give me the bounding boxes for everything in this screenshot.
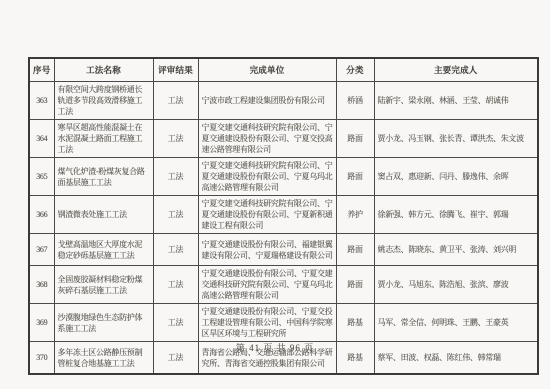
cell-unit: 宁夏交建交通科技研究院有限公司、宁夏交通建设股份有限公司、宁夏新积通建设工程有限…	[198, 196, 336, 234]
cell-people: 姚志杰、陈晓东、黄卫平、张涛、刘兴明	[374, 234, 538, 266]
cell-name: 寒旱区超高性能混凝土在水泥混凝土路面工程施工工法	[54, 120, 153, 158]
cell-category: 路基	[336, 304, 374, 342]
cell-people: 贾小龙、马旭东、陈浩旭、张滨、廖波	[374, 266, 538, 304]
cell-category: 路面	[336, 266, 374, 304]
cell-unit: 宁波市政工程建设集团股份有限公司	[198, 82, 336, 120]
cell-category: 路面	[336, 234, 374, 266]
table-row: 367戈壁高温地区大厚度水泥稳定砂砾基层施工工法工法宁夏交通建设股份有限公司、福…	[29, 234, 538, 266]
cell-unit: 宁夏交通建设股份有限公司、宁夏交投工程建设管理有限公司、中国科学院寒区旱区环境与…	[198, 304, 336, 342]
table-row: 363有限空间大跨度钢桥通长轨道多节段高效滑移施工工法工法宁波市政工程建设集团股…	[29, 82, 538, 120]
cell-people: 陆新宇、梁永刚、林涵、王莹、胡诚伟	[374, 82, 538, 120]
table-row: 366钢渣微表处施工工法工法宁夏交建交通科技研究院有限公司、宁夏交通建设股份有限…	[29, 196, 538, 234]
column-header: 主要完成人	[374, 58, 538, 82]
document-page: 序号工法名称评审结果完成单位分类主要完成人 363有限空间大跨度钢桥通长轨道多节…	[0, 0, 550, 389]
cell-no: 367	[29, 234, 54, 266]
page-number-footer: 第 41 页 共 96 页	[0, 341, 550, 354]
cell-people: 马军、常全信、何明珠、王鹏、王豪英	[374, 304, 538, 342]
cell-no: 366	[29, 196, 54, 234]
cell-unit: 宁夏交通建设股份有限公司、宁夏交建交通科技研究院有限公司、宁夏乌玛北高速公路管理…	[198, 266, 336, 304]
cell-category: 养护	[336, 196, 374, 234]
cell-category: 桥涵	[336, 82, 374, 120]
table-row: 369沙漠腹地绿色生态防护体系施工工法工法宁夏交通建设股份有限公司、宁夏交投工程…	[29, 304, 538, 342]
cell-no: 363	[29, 82, 54, 120]
column-header: 完成单位	[198, 58, 336, 82]
cell-category: 路面	[336, 158, 374, 196]
cell-no: 364	[29, 120, 54, 158]
cell-result: 工法	[153, 158, 198, 196]
cell-category: 路面	[336, 120, 374, 158]
cell-name: 戈壁高温地区大厚度水泥稳定砂砾基层施工工法	[54, 234, 153, 266]
cell-name: 沙漠腹地绿色生态防护体系施工工法	[54, 304, 153, 342]
cell-no: 368	[29, 266, 54, 304]
column-header: 评审结果	[153, 58, 198, 82]
cell-result: 工法	[153, 82, 198, 120]
column-header: 序号	[29, 58, 54, 82]
cell-result: 工法	[153, 304, 198, 342]
cell-people: 徐新强、韩方元、徐腾飞、崔宇、郭瑞	[374, 196, 538, 234]
cell-name: 煤气化炉渣-粉煤灰复合路面基层施工工法	[54, 158, 153, 196]
cell-name: 全固废胶凝材料稳定粉煤灰碎石基层施工工法	[54, 266, 153, 304]
table-row: 364寒旱区超高性能混凝土在水泥混凝土路面工程施工工法工法宁夏交建交通科技研究院…	[29, 120, 538, 158]
cell-people: 贾小龙、冯玉钢、张长青、谭洪杰、朱文波	[374, 120, 538, 158]
cell-unit: 宁夏交建交通科技研究院有限公司、宁夏交通建设股份有限公司、宁夏交投高速公路管理有…	[198, 120, 336, 158]
table-row: 365煤气化炉渣-粉煤灰复合路面基层施工工法工法宁夏交建交通科技研究院有限公司、…	[29, 158, 538, 196]
column-header: 分类	[336, 58, 374, 82]
cell-result: 工法	[153, 120, 198, 158]
cell-result: 工法	[153, 196, 198, 234]
cell-result: 工法	[153, 266, 198, 304]
table-row: 368全固废胶凝材料稳定粉煤灰碎石基层施工工法工法宁夏交通建设股份有限公司、宁夏…	[29, 266, 538, 304]
cell-no: 365	[29, 158, 54, 196]
table-header-row: 序号工法名称评审结果完成单位分类主要完成人	[29, 58, 538, 82]
cell-name: 有限空间大跨度钢桥通长轨道多节段高效滑移施工工法	[54, 82, 153, 120]
cell-people: 窦占双、惠迎新、闫丹、滕逸伟、余晖	[374, 158, 538, 196]
construction-methods-table: 序号工法名称评审结果完成单位分类主要完成人 363有限空间大跨度钢桥通长轨道多节…	[28, 57, 539, 375]
cell-unit: 宁夏交建交通科技研究院有限公司、宁夏交通建设股份有限公司、宁夏乌玛北高速公路管理…	[198, 158, 336, 196]
column-header: 工法名称	[54, 58, 153, 82]
cell-no: 369	[29, 304, 54, 342]
cell-unit: 宁夏交通建设股份有限公司、福建银翼建设有限公司、宁夏瑞格建设有限公司	[198, 234, 336, 266]
cell-name: 钢渣微表处施工工法	[54, 196, 153, 234]
cell-result: 工法	[153, 234, 198, 266]
